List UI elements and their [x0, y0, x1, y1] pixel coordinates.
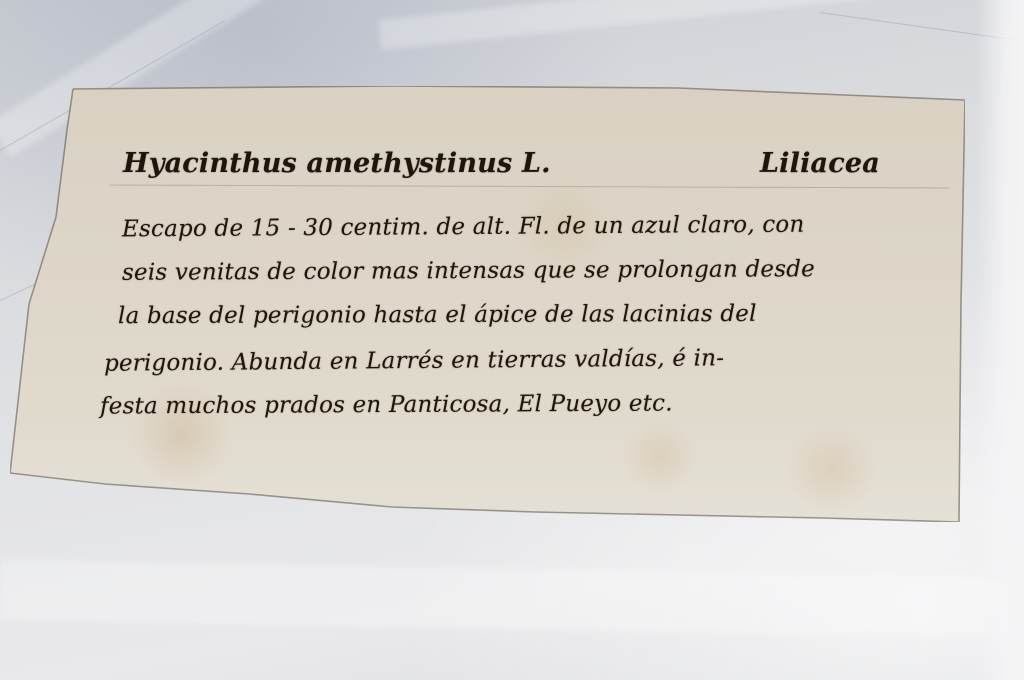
tissue-paper-edge	[976, 0, 1024, 680]
description-line: seis venitas de color mas intensas que s…	[122, 256, 815, 286]
description-line: festa muchos prados en Panticosa, El Pue…	[100, 391, 673, 420]
tissue-fold	[378, 0, 878, 50]
description-line: Escapo de 15 - 30 centim. de alt. Fl. de…	[122, 212, 805, 243]
description-line: la base del perigonio hasta el ápice de …	[118, 301, 757, 329]
description-line: perigonio. Abunda en Larrés en tierras v…	[104, 345, 724, 376]
species-name: Hyacinthus amethystinus L.	[123, 148, 551, 179]
tissue-fold	[0, 560, 1024, 638]
family-name: Liliacea	[760, 148, 880, 179]
